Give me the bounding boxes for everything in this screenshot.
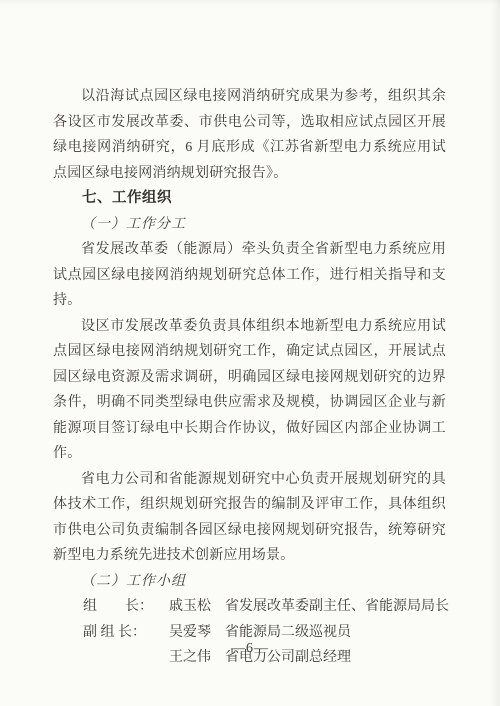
- subsection-heading-work-division: （一）工作分工: [53, 212, 446, 238]
- page-number: —6—: [0, 641, 500, 657]
- intro-paragraph: 以沿海试点园区绿电接网消纳研究成果为参考，组织其余各设区市发展改革委、市供电公司…: [53, 84, 446, 186]
- roster-member-title: 省发展改革委副主任、省能源局局长: [225, 594, 449, 620]
- section-heading-work-organization: 七、工作组织: [53, 186, 446, 212]
- roster-member-name: 戚玉松: [169, 594, 225, 620]
- roster-role-label: 组 长：: [83, 594, 169, 620]
- document-body: 以沿海试点园区绿电接网消纳研究成果为参考，组织其余各设区市发展改革委、市供电公司…: [53, 84, 446, 671]
- work-group-roster: 组 长： 戚玉松 省发展改革委副主任、省能源局局长 副 组 长： 吴爱琴 省能源…: [53, 594, 446, 671]
- work-division-paragraph-2: 设区市发展改革委负责具体组织本地新型电力系统应用试点园区绿电接网消纳规划研究工作…: [53, 314, 446, 467]
- document-page: 以沿海试点园区绿电接网消纳研究成果为参考，组织其余各设区市发展改革委、市供电公司…: [0, 0, 500, 706]
- subsection-heading-work-group: （二）工作小组: [53, 569, 446, 595]
- roster-row-leader: 组 长： 戚玉松 省发展改革委副主任、省能源局局长: [83, 594, 446, 620]
- work-division-paragraph-3: 省电力公司和省能源规划研究中心负责开展规划研究的具体技术工作，组织规划研究报告的…: [53, 467, 446, 569]
- work-division-paragraph-1: 省发展改革委（能源局）牵头负责全省新型电力系统应用试点园区绿电接网消纳规划研究总…: [53, 237, 446, 314]
